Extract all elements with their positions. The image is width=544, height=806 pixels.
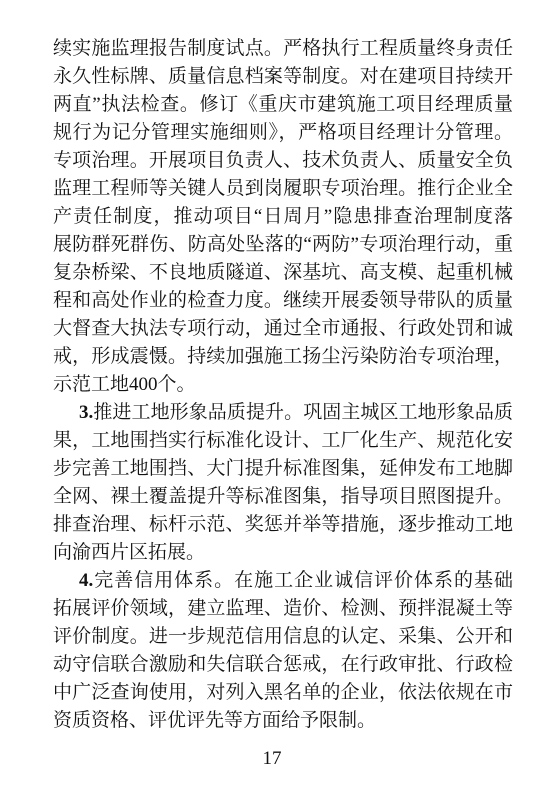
document-body: 续实施监理报告制度试点。严格执行工程质量终身责任书面承诺、永久性标牌、质量信息档… [53,35,513,735]
text-line: 资质资格、评优评先等方面给予限制。 [53,707,513,735]
text-line: 排查治理、标杆示范、奖惩并举等措施，逐步推动工地提升行动 [53,511,513,539]
text-line: 程和高处作业的检查力度。继续开展委领导带队的质量安全清欠 [53,287,513,315]
text-line: 展防群死群伤、防高处坠落的“两防”专项治理行动，重点加强对 [53,231,513,259]
text-line: 动守信联合激励和失信联合惩戒，在行政审批、行政检查等工作 [53,651,513,679]
first-line-indent [53,417,79,418]
list-number: 3. [79,402,93,423]
text-line: 向渝西片区拓展。 [53,539,513,567]
paragraph: 3.推进工地形象品质提升。巩固主城区工地形象品质提升成果，工地围挡实行标准化设计… [53,399,513,567]
text-line: 续实施监理报告制度试点。严格执行工程质量终身责任书面承诺、 [53,35,513,63]
text-line: 监理工程师等关键人员到岗履职专项治理。推行企业全员安全生 [53,175,513,203]
text-line: 产责任制度，推动项目“日周月”隐患排查治理制度落实。深入开 [53,203,513,231]
text-line: 全网、裸土覆盖提升等标准图集，指导项目照图提升。持续强化 [53,483,513,511]
text-line: 专项治理。开展项目负责人、技术负责人、质量安全负责人、总 [53,147,513,175]
text-line: 评价制度。进一步规范信用信息的认定、采集、公开和评价。推 [53,623,513,651]
text-line: 大督查大执法专项行动，通过全市通报、行政处罚和诚信联合惩 [53,315,513,343]
text-line: 复杂桥梁、不良地质隧道、深基坑、高支模、起重机械等危大工 [53,259,513,287]
text-line: 示范工地400个。 [53,371,513,399]
text-line: 3.推进工地形象品质提升。巩固主城区工地形象品质提升成 [53,399,513,427]
first-line-indent [53,585,79,586]
text-line: 拓展评价领域，建立监理、造价、检测、预拌混凝土等企业信用 [53,595,513,623]
paragraph: 续实施监理报告制度试点。严格执行工程质量终身责任书面承诺、永久性标牌、质量信息档… [53,35,513,399]
text-line: 规行为记分管理实施细则》，严格项目经理计分管理。二是开展 [53,119,513,147]
list-number: 4. [79,570,93,591]
text-line: 戒，形成震慑。持续加强施工扬尘污染防治专项治理，创建扬尘 [53,343,513,371]
text-line: 中广泛查询使用，对列入黑名单的企业，依法依规在市场准入、 [53,679,513,707]
text-line: 两直”执法检查。修订《重庆市建筑施工项目经理质量安全违法违 [53,91,513,119]
text-line: 步完善工地围挡、大门提升标准图集，延伸发布工地脚手架、安 [53,455,513,483]
document-page: 续实施监理报告制度试点。严格执行工程质量终身责任书面承诺、永久性标牌、质量信息档… [0,0,544,806]
text-line: 4.完善信用体系。在施工企业诚信评价体系的基础上，进一步 [53,567,513,595]
page-number: 17 [0,747,544,771]
text-line: 果，工地围挡实行标准化设计、工厂化生产、规范化安装。进一 [53,427,513,455]
paragraph: 4.完善信用体系。在施工企业诚信评价体系的基础上，进一步拓展评价领域，建立监理、… [53,567,513,735]
text-line: 永久性标牌、质量信息档案等制度。对在建项目持续开展“四不 [53,63,513,91]
